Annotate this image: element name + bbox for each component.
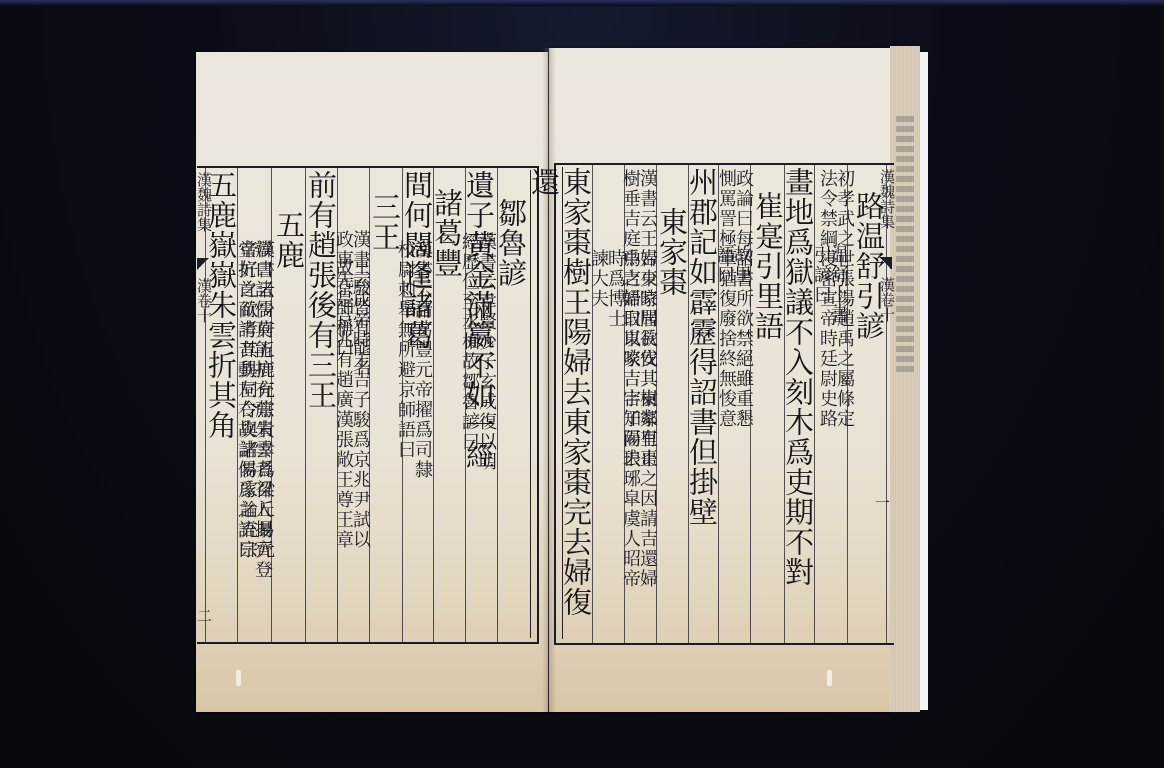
column-7: 前有趙張後有三王 — [305, 168, 337, 642]
column-3: 畫地爲獄議不入刻木爲吏期不對 — [782, 165, 814, 643]
column-rule — [750, 165, 751, 643]
column-8: 五鹿 漢書云少府五鹿充宗貴幸爲梁丘易元 帝好之欲考其異同令與諸易家論充宗 — [271, 168, 305, 642]
heading-text: 三王 — [369, 168, 401, 642]
heading-text: 鄒魯諺 — [495, 168, 527, 642]
column-2: 温舒上書 引諺曰 — [815, 165, 847, 643]
column-6: 王駿皆有能名 故京師稱曰 — [337, 168, 369, 642]
column-7: 東家棗 漢書云王吉少時居長安其東家有棗 樹垂吉庭中吉婦取以啖吉吉知而去 — [656, 165, 688, 643]
binding-mark-right — [827, 670, 832, 686]
column-rule — [847, 165, 848, 643]
column-4: 間何闊逢諸葛 — [401, 168, 433, 642]
annotation-text: 辯口諸儒莫能抗有薦朱雲者召入攝齊登 — [254, 240, 271, 642]
column-5: 三王 漢書云成帝時王吉子駿爲京兆尹試以 政事先是京兆有趙廣漢張敞王尊王章 — [369, 168, 401, 642]
column-5: 故里 語曰 — [718, 165, 750, 643]
heading-text: 路温舒引諺 — [853, 165, 885, 643]
annotation-text: 婦東家聞欲伐其樹鄰里止之因請吉還婦 — [639, 249, 656, 643]
annotation-text: 時爲博士 — [607, 249, 624, 643]
column-1: 路温舒引諺 初孝武之世張湯趙禹之屬條定 法令禁綱寖密宣帝時廷尉史路 — [847, 165, 885, 643]
verse-text: 畫地爲獄議不入刻木爲吏期不對 — [782, 165, 814, 643]
column-10: 五鹿嶽嶽朱雲折其角 — [206, 168, 237, 642]
column-rule — [402, 168, 403, 642]
column-6: 州郡記如霹靂得詔書但掛壁 — [688, 165, 718, 643]
verse-text: 東家棗樹王陽婦去東家棗完去婦復還 — [528, 165, 592, 643]
annotation-text: 故里 — [733, 245, 750, 643]
column-rule — [886, 165, 887, 643]
heading-text: 諸葛豐 — [431, 168, 463, 642]
column-10: 東家棗樹王陽婦去東家棗完去婦復還 — [564, 165, 592, 643]
annotation-text: 温舒上書 — [830, 245, 847, 643]
heading-text: 五鹿 — [273, 168, 305, 642]
heading-text: 東家棗 — [656, 165, 688, 643]
column-rule — [624, 165, 625, 643]
column-1: 鄒魯諺 漢書云韋賢少子玄成復以明 經歷位至丞相故鄒魯諺曰 — [495, 168, 527, 642]
page-edge-ink — [896, 116, 914, 376]
page-edge-stack — [890, 46, 920, 712]
column-2: 遺子黃金滿籝不如一經 — [463, 168, 495, 642]
cover-edge — [920, 52, 928, 710]
column-rule — [369, 168, 370, 642]
column-rule — [465, 168, 466, 642]
left-text-frame: 漢魏詩集 漢卷十 二 鄒魯諺 漢書云韋賢少子玄成復以明 經歷位至丞相故鄒魯諺曰 … — [197, 166, 539, 644]
annotation-text: 王駿皆有能名 — [352, 258, 369, 642]
binding-mark-left — [236, 670, 241, 686]
background-glow — [0, 0, 1164, 6]
verse-text: 前有趙張後有三王 — [305, 168, 337, 642]
verse-text: 州郡記如霹靂得詔書但掛壁 — [686, 165, 718, 643]
heading-text: 崔寔引里語 — [752, 165, 784, 643]
column-9: 時爲博士 諫大夫 — [592, 165, 624, 643]
column-9: 辯口諸儒莫能抗有薦朱雲者召入攝齊登 堂抗首而請音動左右故諸儒爲之語曰 — [237, 168, 271, 642]
column-8: 婦東家聞欲伐其樹鄰里止之因請吉還婦 爲之語曰東家吉字子陽琅琊皐虞人昭帝 — [624, 165, 656, 643]
verse-text: 間何闊逢諸葛 — [401, 168, 433, 642]
right-text-frame: 漢魏詩集 漢卷十 一 路温舒引諺 初孝武之世張湯趙禹之屬條定 法令禁綱寖密宣帝時… — [554, 163, 894, 645]
column-rule — [497, 168, 498, 642]
verse-text: 五鹿嶽嶽朱雲折其角 — [205, 168, 237, 642]
verse-text: 遺子黃金滿籝不如一經 — [463, 168, 495, 642]
column-3: 諸葛豐 漢書云諸葛豐元帝擢爲司隸 校尉刺舉無所避京師語曰 — [431, 168, 463, 642]
column-4: 崔寔引里語 政論曰每詔書所欲禁絕雖重懇 惻罵詈極筆猶復廢捨終無悛意 — [750, 165, 784, 643]
